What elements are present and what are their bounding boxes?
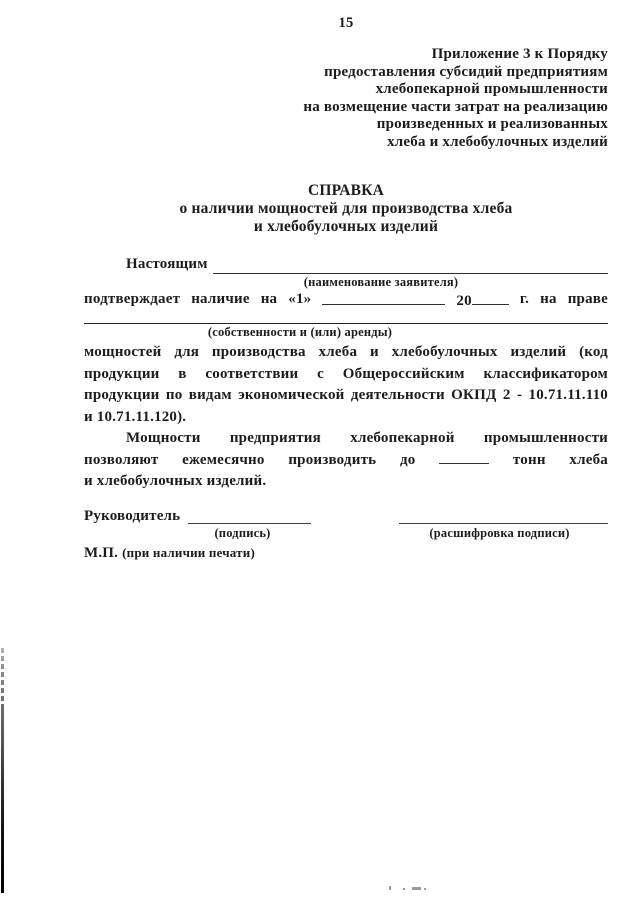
paragraph-word: 10.71.11.110	[529, 385, 609, 407]
paragraph-word: экономической	[238, 385, 344, 407]
confirm-word: г.	[520, 291, 529, 309]
signature-captions: (подпись) (расшифровка подписи)	[84, 527, 608, 542]
confirm-word: подтверждает	[84, 291, 180, 309]
page-number: 15	[84, 15, 608, 32]
paragraph-word: мощностей	[84, 342, 161, 364]
confirm-word: на	[540, 291, 557, 309]
paragraph-word: производить	[288, 450, 376, 472]
confirm-row: подтверждает наличие на «1» 20 г. на пра…	[84, 291, 608, 309]
year-underline	[472, 291, 509, 305]
applicant-row: Настоящим	[84, 256, 608, 274]
paragraph-word: классификатором	[483, 364, 608, 386]
paragraph-word: до	[400, 450, 416, 472]
title-line: СПРАВКА	[84, 182, 608, 200]
ownership-caption: (собственности и (или) аренды)	[84, 326, 516, 340]
paragraph-word: продукции	[84, 364, 160, 386]
paragraph-word: продукции	[84, 385, 160, 407]
paragraph-line: продукцииповидамэкономическойдеятельност…	[84, 385, 608, 407]
annex-line: Приложение 3 к Порядку	[303, 46, 608, 64]
annex-line: предоставления субсидий предприятиям	[303, 64, 608, 82]
signature-underline	[188, 508, 311, 524]
paragraph-word: производства	[212, 342, 306, 364]
paragraph-line: Мощностипредприятияхлебопекарнойпромышле…	[84, 428, 608, 450]
paragraph-word: в	[178, 364, 186, 386]
annex-note: Приложение 3 к Порядку предоставления су…	[303, 46, 608, 152]
paragraph-word: (код	[579, 342, 608, 364]
paragraph-word: предприятия	[230, 428, 321, 450]
paragraph-word: хлебобулочных	[392, 342, 498, 364]
paragraph-word: ОКПД	[451, 385, 496, 407]
paragraph-word: позволяют	[84, 450, 158, 472]
signature-gap	[311, 508, 399, 524]
paragraph-line: продукциивсоответствиисОбщероссийскимкла…	[84, 364, 608, 386]
capacity-row: позволяют ежемесячно производить до тонн…	[84, 450, 608, 472]
form-body: Настоящим (наименование заявителя) подтв…	[84, 256, 608, 493]
sign-caption: (подпись)	[180, 527, 305, 540]
paragraph-word: для	[174, 342, 199, 364]
paragraph-word: видам	[189, 385, 232, 407]
opening-label: Настоящим	[126, 256, 208, 274]
day-placeholder: «1»	[288, 291, 311, 309]
confirm-word: на	[261, 291, 278, 309]
paragraph-word: Общероссийским	[343, 364, 465, 386]
paragraph-word: с	[317, 364, 324, 386]
paragraph-word: и	[370, 342, 379, 364]
name-caption: (расшифровка подписи)	[395, 527, 604, 540]
month-underline	[322, 291, 445, 305]
annex-line: произведенных и реализованных	[303, 116, 608, 134]
paragraph-word: -	[517, 385, 522, 407]
signature-row: Руководитель	[84, 508, 608, 524]
paragraph-word: тонн	[513, 450, 546, 472]
paragraph-line: и хлебобулочных изделий.	[84, 471, 608, 493]
title-line: о наличии мощностей для производства хле…	[84, 200, 608, 218]
paragraph-word: соответствии	[205, 364, 298, 386]
stamp-caption: (при наличии печати)	[122, 545, 255, 560]
applicant-caption: (наименование заявителя)	[204, 276, 558, 289]
paragraph-line: и 10.71.11.120).	[84, 407, 608, 429]
paragraph-word: по	[166, 385, 183, 407]
paragraph-word: промышленности	[484, 428, 608, 450]
tons-underline	[439, 450, 489, 464]
stamp-label: М.П.	[84, 545, 118, 561]
head-label: Руководитель	[84, 508, 180, 524]
title-line: и хлебобулочных изделий	[84, 218, 608, 236]
annex-line: хлеба и хлебобулочных изделий	[303, 134, 608, 152]
scan-artifact-vertical-line-gaps	[1, 648, 4, 706]
paragraph-word: хлеба	[319, 342, 358, 364]
confirm-word: наличие	[191, 291, 250, 309]
paragraph-line: мощностейдляпроизводствахлебаихлебобулоч…	[84, 342, 608, 364]
confirm-word: праве	[568, 291, 608, 309]
ownership-underline	[84, 323, 608, 324]
document-title: СПРАВКА о наличии мощностей для производ…	[84, 182, 608, 236]
annex-line: на возмещение части затрат на реализацию	[303, 99, 608, 117]
applicant-underline	[213, 256, 608, 274]
paragraph-word: ежемесячно	[182, 450, 264, 472]
signature-block: Руководитель (подпись) (расшифровка подп…	[84, 508, 608, 562]
paragraph-word: изделий	[510, 342, 566, 364]
paragraph-word: Мощности	[126, 428, 201, 450]
paragraph-word: хлебопекарной	[350, 428, 454, 450]
document-page: 15 Приложение 3 к Порядку предоставления…	[0, 0, 640, 905]
paragraph-word: 2	[503, 385, 511, 407]
annex-line: хлебопекарной промышленности	[303, 81, 608, 99]
year-field: 20	[456, 291, 508, 309]
paragraph-word: хлеба	[569, 450, 608, 472]
paragraph-word: деятельности	[351, 385, 445, 407]
year-prefix: 20	[456, 293, 471, 309]
name-underline	[399, 508, 608, 524]
stamp-row: М.П. (при наличии печати)	[84, 545, 608, 562]
